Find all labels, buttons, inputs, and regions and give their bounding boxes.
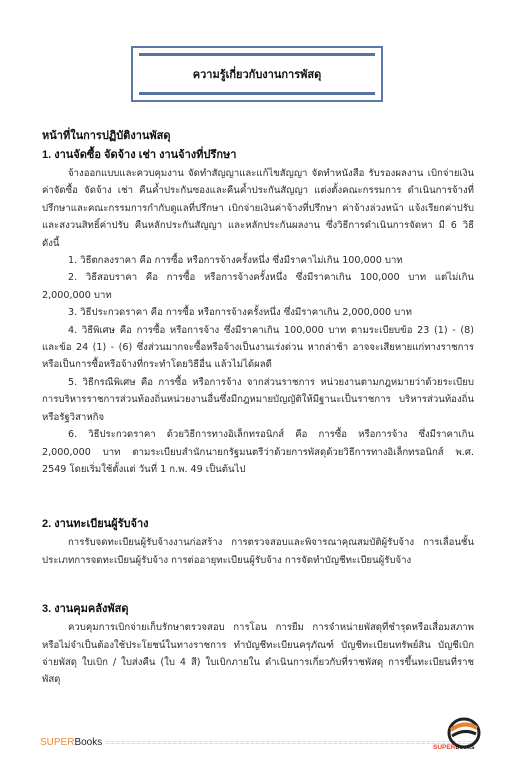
- method-item-2: 2. วิธีสอบราคา คือ การซื้อ หรือการจ้างคร…: [42, 269, 474, 304]
- document-body: หน้าที่ในการปฏิบัติงานพัสดุ 1. งานจัดซื้…: [42, 127, 474, 689]
- spacer: [42, 569, 474, 599]
- method-item-5: 5. วิธีกรณีพิเศษ คือ การซื้อ หรือการจ้าง…: [42, 374, 474, 426]
- logo-wordmark-books: books: [455, 744, 474, 751]
- footer: SUPERBooks =============================…: [40, 735, 476, 749]
- spacer: [42, 478, 474, 514]
- method-item-6: 6. วิธีประกวดราคา ด้วยวิธีการทางอิเล็กทร…: [42, 426, 474, 478]
- logo-wordmark-super: SUPER: [433, 744, 455, 751]
- footer-brand-books: Books: [74, 737, 102, 748]
- page-title: ความรู้เกี่ยวกับงานการพัสดุ: [133, 65, 381, 83]
- footer-brand-super: SUPER: [40, 737, 74, 748]
- section-2-heading: 2. งานทะเบียนผู้รับจ้าง: [42, 514, 474, 534]
- method-item-3: 3. วิธีประกวดราคา คือ การซื้อ หรือการจ้า…: [42, 304, 474, 321]
- main-heading: หน้าที่ในการปฏิบัติงานพัสดุ: [42, 127, 474, 145]
- footer-divider: ========================================…: [105, 738, 476, 747]
- section-2-intro: การรับจดทะเบียนผู้รับจ้างงานก่อสร้าง การ…: [42, 534, 474, 569]
- title-box: ความรู้เกี่ยวกับงานการพัสดุ: [131, 46, 383, 102]
- section-1-intro: จ้างออกแบบและควบคุมงาน จัดทำสัญญาและแก้ไ…: [42, 165, 474, 252]
- section-3-heading: 3. งานคุมคลังพัสดุ: [42, 599, 474, 619]
- title-bottom-rule: [139, 92, 375, 95]
- method-item-4: 4. วิธีพิเศษ คือ การซื้อ หรือการจ้าง ซึ่…: [42, 322, 474, 374]
- title-top-rule: [139, 53, 375, 56]
- section-3-intro: ควบคุมการเบิกจ่ายเก็บรักษาตรวจสอบ การโอน…: [42, 619, 474, 689]
- method-item-1: 1. วิธีตกลงราคา คือ การซื้อ หรือการจ้างค…: [42, 252, 474, 269]
- logo-wordmark: SUPERbooks: [433, 744, 475, 751]
- section-1-heading: 1. งานจัดซื้อ จัดจ้าง เช่า งานจ้างที่ปรึ…: [42, 145, 474, 165]
